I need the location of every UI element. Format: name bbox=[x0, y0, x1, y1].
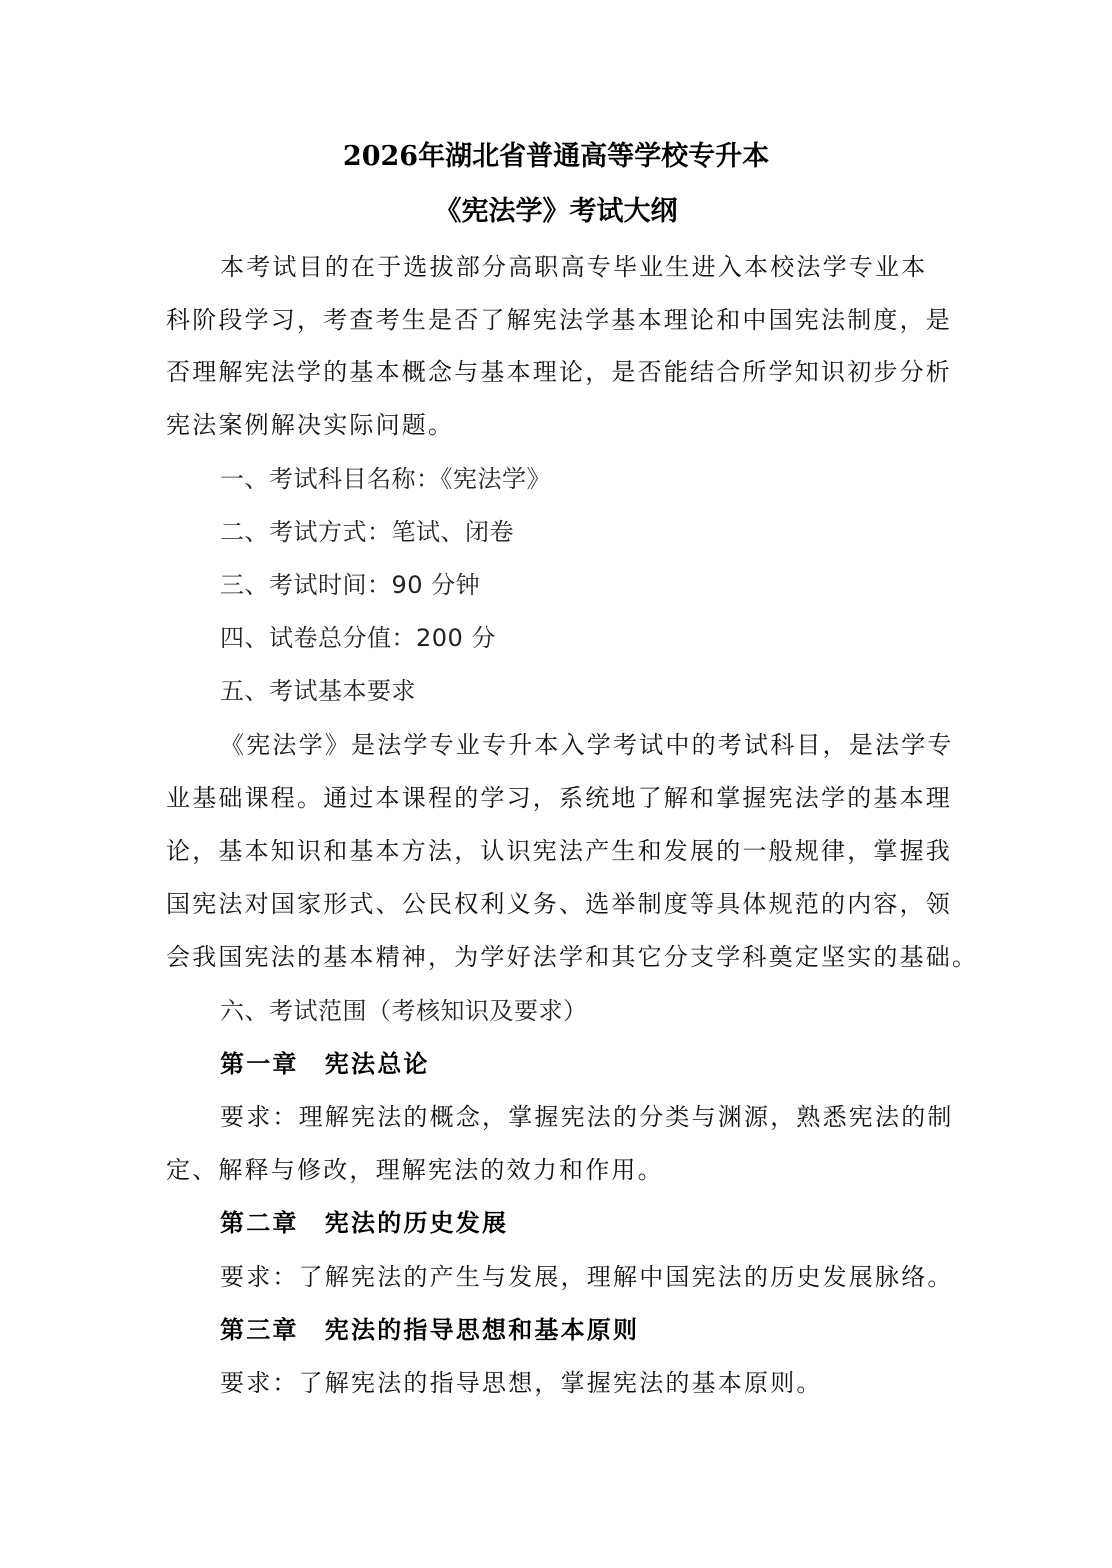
chapter-3-heading: 第三章 宪法的指导思想和基本原则 bbox=[220, 1315, 1020, 1345]
basic-requirements-line-4: 国宪法对国家形式、公民权利义务、选举制度等具体规范的内容，领 bbox=[166, 889, 966, 919]
intro-line-2: 科阶段学习，考查考生是否了解宪法学基本理论和中国宪法制度，是 bbox=[166, 305, 966, 335]
section-exam-duration: 三、考试时间：90 分钟 bbox=[220, 570, 1020, 600]
section-total-score: 四、试卷总分值：200 分 bbox=[220, 623, 1020, 653]
document-title-line-2: 《宪法学》考试大纲 bbox=[0, 195, 1112, 229]
basic-requirements-line-1: 《宪法学》是法学专业专升本入学考试中的考试科目，是法学专 bbox=[220, 730, 1020, 760]
basic-requirements-line-5: 会我国宪法的基本精神，为学好法学和其它分支学科奠定坚实的基础。 bbox=[166, 942, 966, 972]
basic-requirements-line-2: 业基础课程。通过本课程的学习，系统地了解和掌握宪法学的基本理 bbox=[166, 783, 966, 813]
section-exam-scope-heading: 六、考试范围（考核知识及要求） bbox=[220, 996, 1020, 1026]
document-page: 2026年湖北省普通高等学校专升本 《宪法学》考试大纲 本考试目的在于选拔部分高… bbox=[0, 0, 1112, 1568]
chapter-1-requirement-line-2: 定、解释与修改，理解宪法的效力和作用。 bbox=[166, 1155, 966, 1185]
chapter-2-heading: 第二章 宪法的历史发展 bbox=[220, 1208, 1020, 1238]
intro-line-3: 否理解宪法学的基本概念与基本理论，是否能结合所学知识初步分析 bbox=[166, 357, 966, 387]
section-exam-method: 二、考试方式：笔试、闭卷 bbox=[220, 517, 1020, 547]
section-exam-subject: 一、考试科目名称：《宪法学》 bbox=[220, 464, 1020, 494]
basic-requirements-line-3: 论，基本知识和基本方法，认识宪法产生和发展的一般规律，掌握我 bbox=[166, 836, 966, 866]
chapter-1-requirement-line-1: 要求：理解宪法的概念，掌握宪法的分类与渊源，熟悉宪法的制 bbox=[220, 1102, 1020, 1132]
intro-line-4: 宪法案例解决实际问题。 bbox=[166, 410, 966, 440]
chapter-1-heading: 第一章 宪法总论 bbox=[220, 1049, 1020, 1079]
chapter-2-requirement-line-1: 要求：了解宪法的产生与发展，理解中国宪法的历史发展脉络。 bbox=[220, 1262, 1020, 1292]
chapter-3-requirement-line-1: 要求：了解宪法的指导思想，掌握宪法的基本原则。 bbox=[220, 1368, 1020, 1398]
document-title-line-1: 2026年湖北省普通高等学校专升本 bbox=[0, 140, 1112, 174]
section-basic-requirements-heading: 五、考试基本要求 bbox=[220, 676, 1020, 706]
intro-line-1: 本考试目的在于选拔部分高职高专毕业生进入本校法学专业本 bbox=[220, 252, 1020, 282]
